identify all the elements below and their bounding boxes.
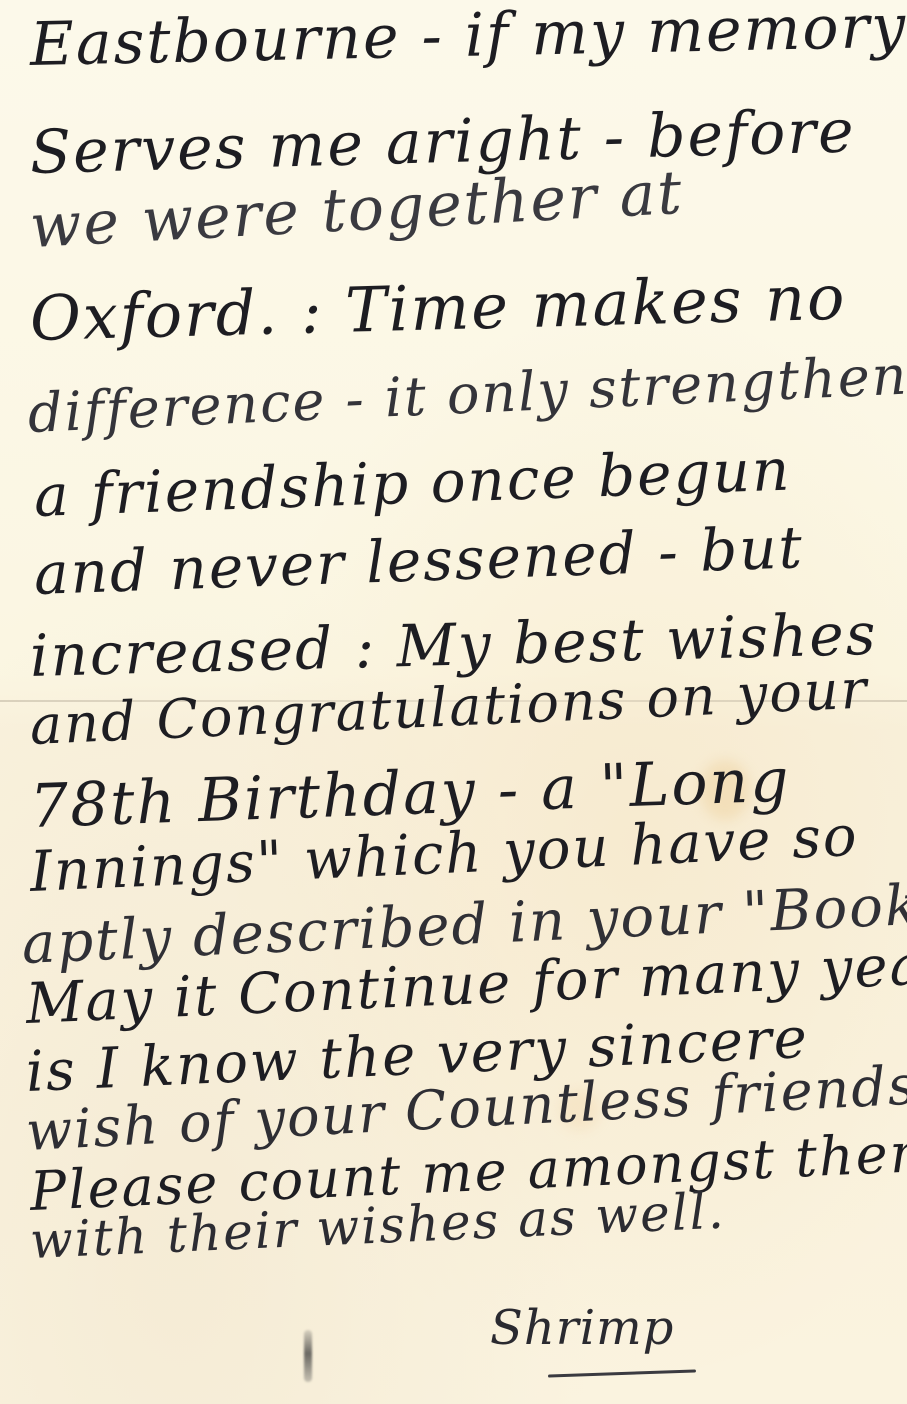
letter-line-5: difference - it only strengthens <box>27 342 907 445</box>
letter-page: Eastbourne - if my memory Serves me arig… <box>0 0 907 1404</box>
signature-underline <box>548 1369 696 1377</box>
letter-line-1: Eastbourne - if my memory <box>29 0 907 80</box>
ink-smudge <box>304 1330 312 1382</box>
letter-line-4: Oxford. : Time makes no <box>29 261 847 355</box>
letter-line-7: and never lessened - but <box>33 513 805 608</box>
signature: Shrimp <box>490 1300 674 1356</box>
letter-line-6: a friendship once begun <box>33 436 793 530</box>
